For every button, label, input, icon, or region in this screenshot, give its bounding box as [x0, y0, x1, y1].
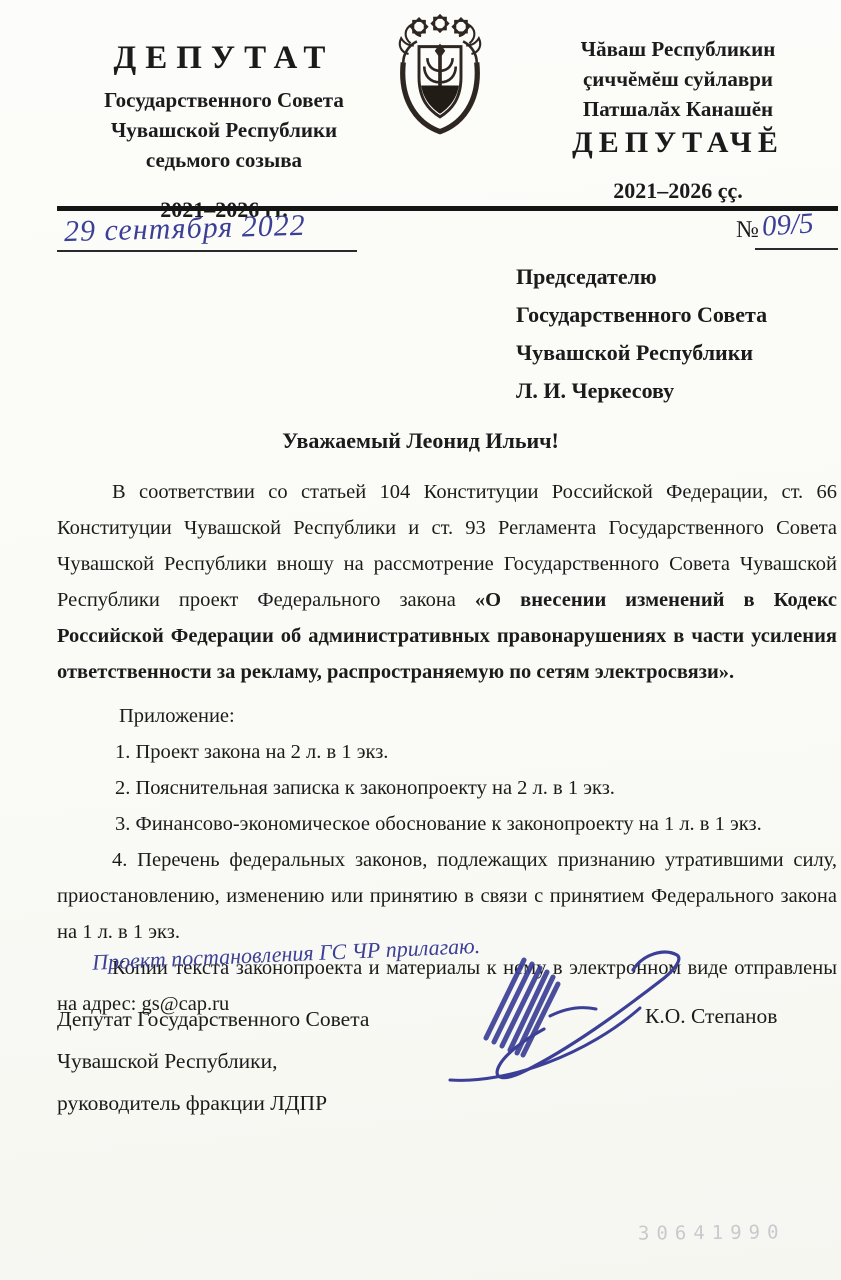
salutation: Уважаемый Леонид Ильич!: [0, 428, 841, 454]
attachment-item-2: 2. Пояснительная записка к законопроекту…: [57, 770, 837, 806]
header-right-line: Патшалăх Канашĕн: [522, 94, 834, 124]
date-underline: [57, 250, 357, 252]
header-left-line: Чувашской Республики: [58, 115, 390, 145]
attachment-item-3: 3. Финансово-экономическое обоснование к…: [57, 806, 837, 842]
header-left-title: ДЕПУТАТ: [58, 40, 390, 77]
letter-document: ДЕПУТАТ Государственного Совета Чувашско…: [0, 0, 841, 1280]
coat-of-arms-icon: [384, 12, 496, 140]
header-left-line: Государственного Совета: [58, 85, 390, 115]
document-number-label: №: [736, 217, 759, 244]
signatory-position-block: Депутат Государственного Совета Чувашско…: [57, 998, 369, 1124]
handwritten-document-number: 09/5: [761, 207, 815, 244]
header-right-chuvash: Чăваш Республикин çиччĕмĕш суйлаври Патш…: [522, 34, 834, 204]
header-divider-rule: [57, 206, 838, 211]
faint-registration-stamp: 30641990: [638, 1221, 786, 1244]
number-underline: [755, 248, 838, 250]
header-right-term: 2021–2026 çç.: [522, 178, 834, 204]
addressee-line: Л. И. Черкесову: [516, 372, 767, 410]
header-right-line: Чăваш Республикин: [522, 34, 834, 64]
signatory-position-line: Депутат Государственного Совета: [57, 998, 369, 1040]
header-right-title: ДЕПУТАЧĔ: [522, 126, 834, 160]
signatory-position-line: Чувашской Республики,: [57, 1040, 369, 1082]
addressee-line: Чувашской Республики: [516, 334, 767, 372]
handwritten-date: 29 сентября 2022: [64, 209, 307, 249]
body-paragraph-1: В соответствии со статьей 104 Конституци…: [57, 474, 837, 690]
signatory-name: К.О. Степанов: [645, 1004, 777, 1029]
addressee-line: Государственного Совета: [516, 296, 767, 334]
header-right-line: çиччĕмĕш суйлаври: [522, 64, 834, 94]
addressee-block: Председателю Государственного Совета Чув…: [516, 258, 767, 410]
header-left-russian: ДЕПУТАТ Государственного Совета Чувашско…: [58, 40, 390, 223]
attachment-item-1: 1. Проект закона на 2 л. в 1 экз.: [57, 734, 837, 770]
signatory-position-line: руководитель фракции ЛДПР: [57, 1082, 369, 1124]
addressee-line: Председателю: [516, 258, 767, 296]
header-left-line: седьмого созыва: [58, 145, 390, 175]
attachment-label: Приложение:: [57, 698, 837, 734]
